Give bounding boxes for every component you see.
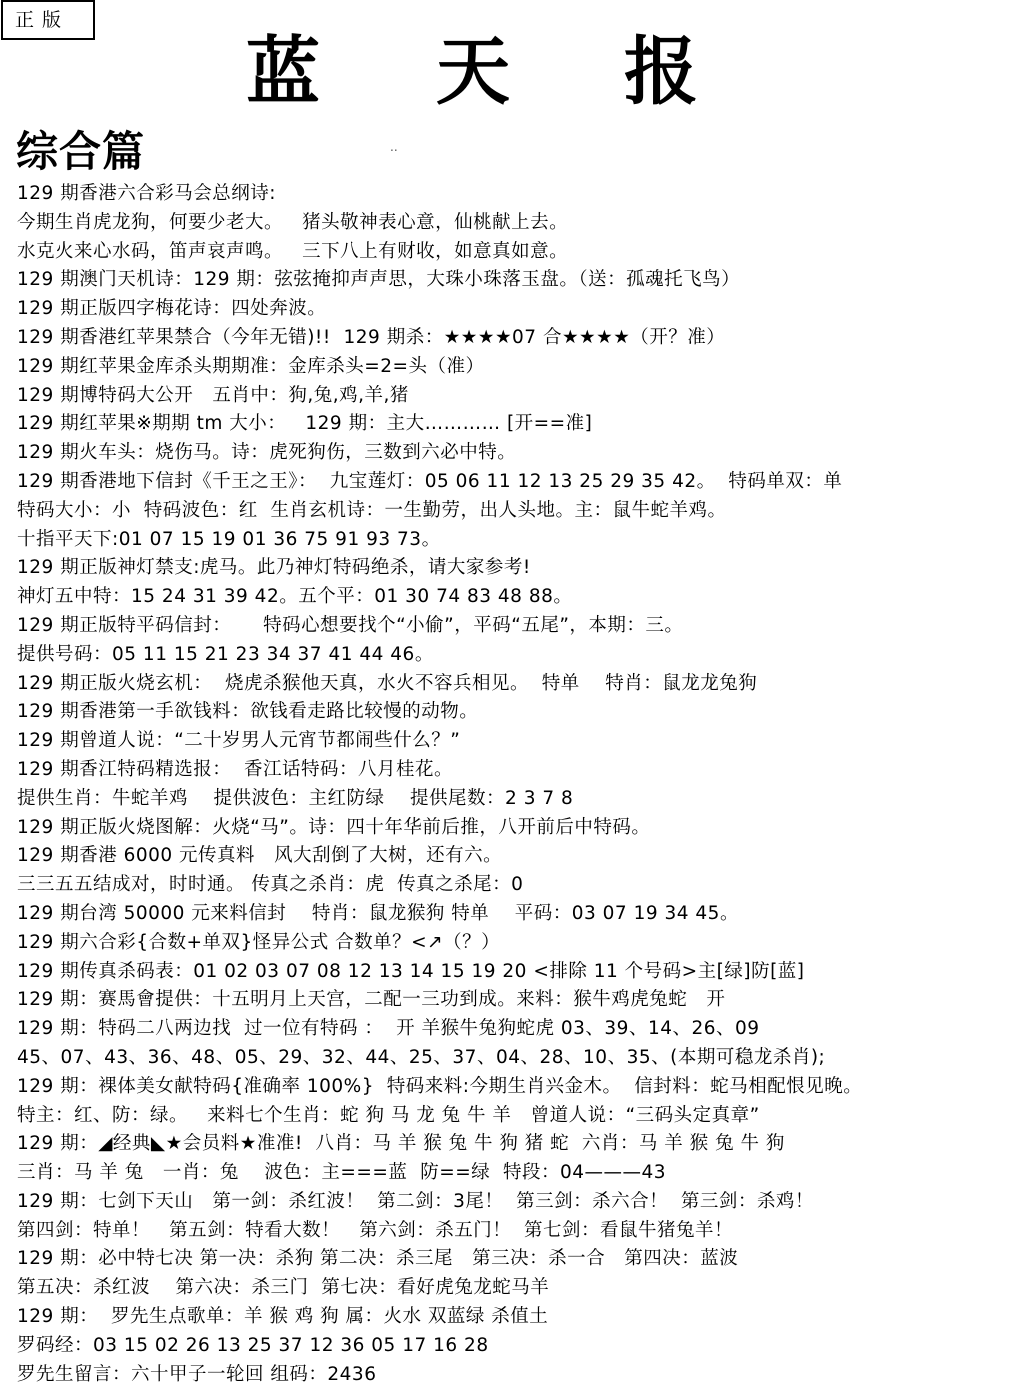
text-line: 129 期：七剑下天山 第一剑：杀红波！ 第二剑：3尾！ 第三剑：杀六合！ 第三… bbox=[17, 1188, 1027, 1217]
masthead-char-3: 报 bbox=[624, 30, 698, 114]
text-line: 特码大小：小 特码波色：红 生肖玄机诗：一生勤劳，出人头地。主：鼠牛蛇羊鸡。 bbox=[17, 497, 1027, 526]
text-line: 129 期： 罗先生点歌单：羊 猴 鸡 狗 属：火水 双蓝绿 杀值土 bbox=[17, 1303, 1027, 1332]
text-line: 129 期正版火烧图解：火烧“马”。诗：四十年华前后推，八开前后中特码。 bbox=[17, 814, 1027, 843]
text-line: 提供生肖：牛蛇羊鸡 提供波色：主红防绿 提供尾数：2 3 7 8 bbox=[17, 785, 1027, 814]
masthead-char-1: 蓝 bbox=[246, 30, 320, 114]
text-line: 129 期正版神灯禁支:虎马。此乃神灯特码绝杀，请大家参考! bbox=[17, 554, 1027, 583]
text-line: 三肖：马 羊 兔 一肖：兔 波色：主===蓝 防==绿 特段：04———43 bbox=[17, 1159, 1027, 1188]
prediction-text-body: 129 期香港六合彩马会总纲诗: 今期生肖虎龙狗，何要少老大。 猪头敬神表心意，… bbox=[17, 180, 1027, 1388]
text-line: 特主：红、防：绿。 来料七个生肖：蛇 狗 马 龙 兔 牛 羊 曾道人说：“三码头… bbox=[17, 1102, 1027, 1131]
text-line: 129 期：裸体美女献特码{准确率 100%} 特码来料:今期生肖兴金木。 信封… bbox=[17, 1073, 1027, 1102]
text-line: 129 期六合彩{合数+单双}怪异公式 合数单？<↗（？） bbox=[17, 929, 1027, 958]
text-line: 129 期：赛馬會提供：十五明月上天宫，二配一三功到成。来料：猴牛鸡虎兔蛇 开 bbox=[17, 986, 1027, 1015]
text-line: 129 期正版四字梅花诗：四处奔波。 bbox=[17, 295, 1027, 324]
decorative-dots: .. bbox=[390, 140, 398, 154]
text-line: 十指平天下:01 07 15 19 01 36 75 91 93 73。 bbox=[17, 526, 1027, 555]
text-line: 第五决：杀红波 第六决：杀三门 第七决：看好虎兔龙蛇马羊 bbox=[17, 1274, 1027, 1303]
masthead-char-2: 天 bbox=[436, 30, 510, 114]
text-line: 129 期红苹果金库杀头期期准：金库杀头=2=头（准） bbox=[17, 353, 1027, 382]
text-line: 129 期红苹果※期期 tm 大小： 129 期：主大………… [开==准] bbox=[17, 410, 1027, 439]
text-line: 129 期香港 6000 元传真料 风大刮倒了大树，还有六。 bbox=[17, 842, 1027, 871]
text-line: 第四剑：特单！ 第五剑：特看大数！ 第六剑：杀五门！ 第七剑：看鼠牛猪兔羊！ bbox=[17, 1217, 1027, 1246]
text-line: 三三五五结成对，时时通。 传真之杀肖：虎 传真之杀尾：0 bbox=[17, 871, 1027, 900]
section-title: 综合篇 bbox=[16, 124, 145, 180]
text-line: 129 期：特码二八两边找 过一位有特码 ： 开 羊猴牛兔狗蛇虎 03、39、1… bbox=[17, 1015, 1027, 1044]
text-line: 129 期台湾 50000 元来料信封 特肖：鼠龙猴狗 特单 平码：03 07 … bbox=[17, 900, 1027, 929]
text-line: 129 期：◢经典◣★会员料★准准! 八肖：马 羊 猴 兔 牛 狗 猪 蛇 六肖… bbox=[17, 1130, 1027, 1159]
text-line: 129 期：必中特七决 第一决：杀狗 第二决：杀三尾 第三决：杀一合 第四决：蓝… bbox=[17, 1245, 1027, 1274]
masthead-title: 蓝 天 报 bbox=[0, 30, 1032, 120]
text-line: 129 期香江特码精选报： 香江话特码：八月桂花。 bbox=[17, 756, 1027, 785]
text-line: 今期生肖虎龙狗，何要少老大。 猪头敬神表心意，仙桃献上去。 bbox=[17, 209, 1027, 238]
text-line: 129 期正版特平码信封： 特码心想要找个“小偷”，平码“五尾”，本期：三。 bbox=[17, 612, 1027, 641]
text-line: 129 期传真杀码表：01 02 03 07 08 12 13 14 15 19… bbox=[17, 958, 1027, 987]
text-line: 129 期香港第一手欲钱料：欲钱看走路比较慢的动物。 bbox=[17, 698, 1027, 727]
text-line: 罗先生留言：六十甲子一轮回 组码：2436 bbox=[17, 1361, 1027, 1388]
text-line: 水克火来心水码，笛声哀声鸣。 三下八上有财收，如意真如意。 bbox=[17, 238, 1027, 267]
text-line: 45、07、43、36、48、05、29、32、44、25、37、04、28、1… bbox=[17, 1044, 1027, 1073]
text-line: 129 期香港六合彩马会总纲诗: bbox=[17, 180, 1027, 209]
text-line: 129 期曾道人说：“二十岁男人元宵节都闹些什么？” bbox=[17, 727, 1027, 756]
text-line: 129 期澳门天机诗：129 期：弦弦掩抑声声思，大珠小珠落玉盘。（送：孤魂托飞… bbox=[17, 266, 1027, 295]
text-line: 神灯五中特：15 24 31 39 42。五个平：01 30 74 83 48 … bbox=[17, 583, 1027, 612]
text-line: 罗码经：03 15 02 26 13 25 37 12 36 05 17 16 … bbox=[17, 1332, 1027, 1361]
text-line: 129 期火车头：烧伤马。诗：虎死狗伤，三数到六必中特。 bbox=[17, 439, 1027, 468]
text-line: 提供号码：05 11 15 21 23 34 37 41 44 46。 bbox=[17, 641, 1027, 670]
text-line: 129 期香港地下信封《千王之王》： 九宝莲灯：05 06 11 12 13 2… bbox=[17, 468, 1027, 497]
text-line: 129 期正版火烧玄机： 烧虎杀猴他天真，水火不容兵相见。 特单 特肖：鼠龙龙兔… bbox=[17, 670, 1027, 699]
text-line: 129 期香港红苹果禁合（今年无错)!! 129 期杀：★★★★07 合★★★★… bbox=[17, 324, 1027, 353]
text-line: 129 期博特码大公开 五肖中：狗,兔,鸡,羊,猪 bbox=[17, 382, 1027, 411]
